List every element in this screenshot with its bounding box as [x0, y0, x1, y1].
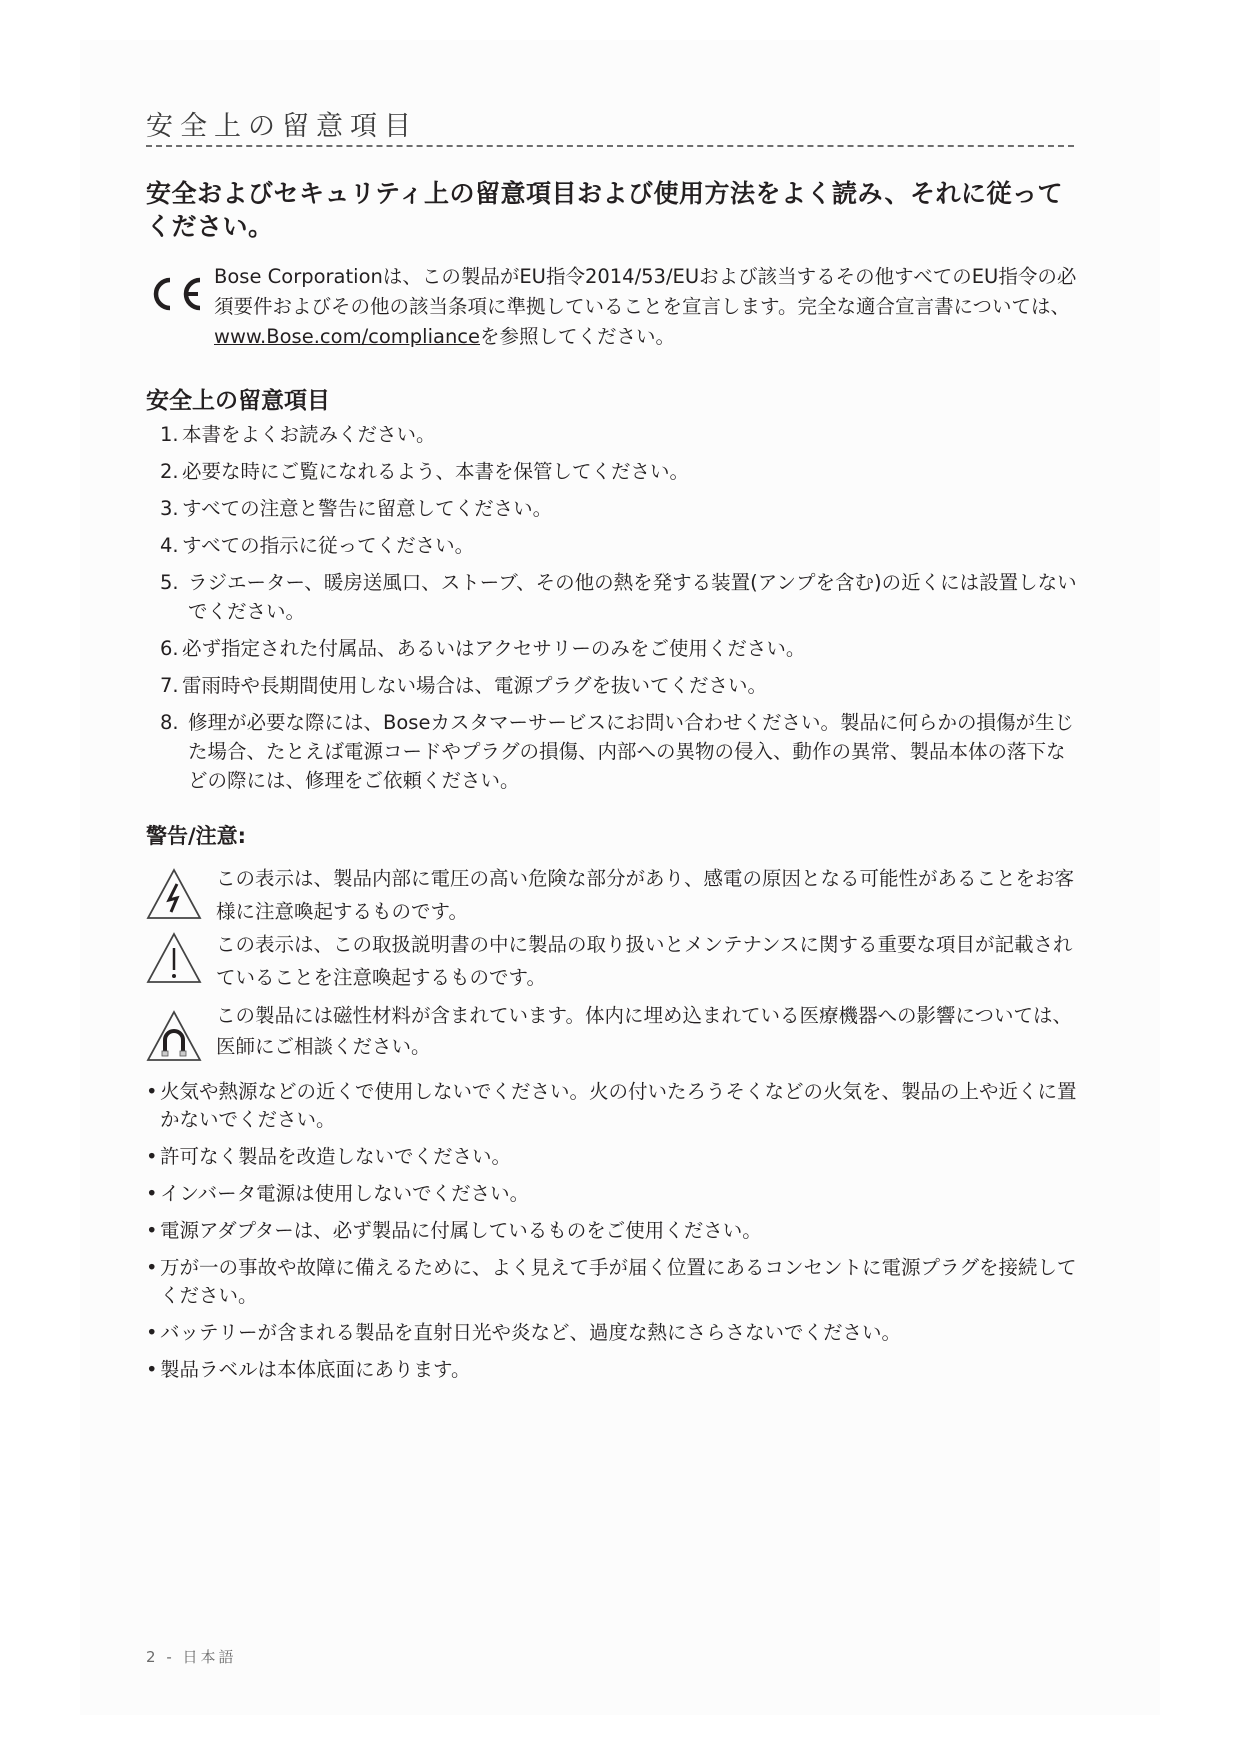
- exclamation-warning-icon: [146, 932, 202, 984]
- ce-text-after: を参照してください。: [480, 325, 675, 348]
- item-text: 必要な時にご覧になれるよう、本書を保管してください。: [182, 460, 689, 483]
- warning-text: この表示は、この取扱説明書の中に製品の取り扱いとメンテナンスに関する重要な項目が…: [216, 928, 1081, 994]
- item-number: 8.: [160, 708, 179, 737]
- bullet-icon: •: [146, 1356, 158, 1384]
- bullet-text: インバータ電源は使用しないでください。: [160, 1182, 529, 1205]
- bullet-icon: •: [146, 1217, 158, 1245]
- footer-language: 日本語: [183, 1648, 237, 1666]
- item-number: 4.: [160, 531, 179, 560]
- list-item: 4.すべての指示に従ってください。: [160, 531, 1080, 560]
- item-number: 6.: [160, 634, 179, 663]
- list-item: 8.修理が必要な際には、Boseカスタマーサービスにお問い合わせください。製品に…: [160, 708, 1080, 795]
- bullet-text: 火気や熱源などの近くで使用しないでください。火の付いたろうそくなどの火気を、製品…: [160, 1080, 1077, 1131]
- item-text: 本書をよくお読みください。: [182, 423, 436, 446]
- bullet-icon: •: [146, 1254, 158, 1282]
- item-text: すべての注意と警告に留意してください。: [182, 497, 552, 520]
- list-item: 6.必ず指定された付属品、あるいはアクセサリーのみをご使用ください。: [160, 634, 1080, 663]
- bullet-text: 電源アダプターは、必ず製品に付属しているものをご使用ください。: [160, 1219, 762, 1242]
- list-item: 1.本書をよくお読みください。: [160, 420, 1080, 449]
- list-item: 3.すべての注意と警告に留意してください。: [160, 494, 1080, 523]
- item-number: 1.: [160, 420, 179, 449]
- list-item: •許可なく製品を改造しないでください。: [146, 1143, 1081, 1171]
- bullet-icon: •: [146, 1143, 158, 1171]
- bullet-text: 万が一の事故や故障に備えるために、よく見えて手が届く位置にあるコンセントに電源プ…: [160, 1256, 1077, 1307]
- dashed-divider: [146, 145, 1074, 147]
- list-item: •電源アダプターは、必ず製品に付属しているものをご使用ください。: [146, 1217, 1081, 1245]
- magnet-warning-icon: [146, 1010, 202, 1062]
- list-item: •万が一の事故や故障に備えるために、よく見えて手が届く位置にあるコンセントに電源…: [146, 1254, 1081, 1310]
- electric-shock-warning-icon: [146, 868, 202, 920]
- ce-text-before: Bose Corporationは、この製品がEU指令2014/53/EUおよび…: [214, 265, 1076, 318]
- ce-declaration-text: Bose Corporationは、この製品がEU指令2014/53/EUおよび…: [214, 262, 1081, 352]
- list-item: •インバータ電源は使用しないでください。: [146, 1180, 1081, 1208]
- list-item: 7.雷雨時や長期間使用しない場合は、電源プラグを抜いてください。: [160, 671, 1080, 700]
- item-text: 修理が必要な際には、Boseカスタマーサービスにお問い合わせください。製品に何ら…: [188, 711, 1074, 792]
- safety-list: 1.本書をよくお読みください。 2.必要な時にご覧になれるよう、本書を保管してく…: [160, 420, 1080, 803]
- item-text: ラジエーター、暖房送風口、ストーブ、その他の熱を発する装置(アンプを含む)の近く…: [188, 571, 1077, 623]
- bullet-text: バッテリーが含まれる製品を直射日光や炎など、過度な熱にさらさないでください。: [160, 1321, 901, 1344]
- list-item: •製品ラベルは本体底面にあります。: [146, 1356, 1081, 1384]
- bullet-icon: •: [146, 1180, 158, 1208]
- list-item: •バッテリーが含まれる製品を直射日光や炎など、過度な熱にさらさないでください。: [146, 1319, 1081, 1347]
- bullet-text: 製品ラベルは本体底面にあります。: [160, 1358, 470, 1381]
- item-text: 必ず指定された付属品、あるいはアクセサリーのみをご使用ください。: [182, 637, 805, 660]
- page-header-title: 安全上の留意項目: [146, 104, 418, 143]
- warning-text: この表示は、製品内部に電圧の高い危険な部分があり、感電の原因となる可能性があるこ…: [216, 862, 1081, 928]
- page-footer: 2 - 日本語: [146, 1646, 237, 1667]
- item-number: 5.: [160, 568, 179, 597]
- bullet-icon: •: [146, 1319, 158, 1347]
- bullet-icon: •: [146, 1078, 158, 1106]
- item-text: 雷雨時や長期間使用しない場合は、電源プラグを抜いてください。: [182, 674, 767, 697]
- item-number: 7.: [160, 671, 179, 700]
- item-number: 3.: [160, 494, 179, 523]
- bullet-text: 許可なく製品を改造しないでください。: [160, 1145, 511, 1168]
- compliance-link[interactable]: www.Bose.com/compliance: [214, 325, 480, 348]
- page-number: 2: [146, 1648, 159, 1666]
- list-item: 5.ラジエーター、暖房送風口、ストーブ、その他の熱を発する装置(アンプを含む)の…: [160, 568, 1080, 626]
- item-number: 2.: [160, 457, 179, 486]
- item-text: すべての指示に従ってください。: [182, 534, 474, 557]
- ce-mark-icon: [146, 274, 204, 314]
- warnings-heading: 警告/注意:: [146, 820, 246, 850]
- warnings-bullet-list: •火気や熱源などの近くで使用しないでください。火の付いたろうそくなどの火気を、製…: [146, 1078, 1081, 1393]
- warning-text: この製品には磁性材料が含まれています。体内に埋め込まれている医療機器への影響につ…: [216, 1000, 1081, 1062]
- intro-instruction: 安全およびセキュリティ上の留意項目および使用方法をよく読み、それに従ってください…: [146, 177, 1081, 243]
- footer-separator: -: [166, 1648, 174, 1666]
- list-item: 2.必要な時にご覧になれるよう、本書を保管してください。: [160, 457, 1080, 486]
- safety-heading: 安全上の留意項目: [146, 382, 330, 415]
- list-item: •火気や熱源などの近くで使用しないでください。火の付いたろうそくなどの火気を、製…: [146, 1078, 1081, 1134]
